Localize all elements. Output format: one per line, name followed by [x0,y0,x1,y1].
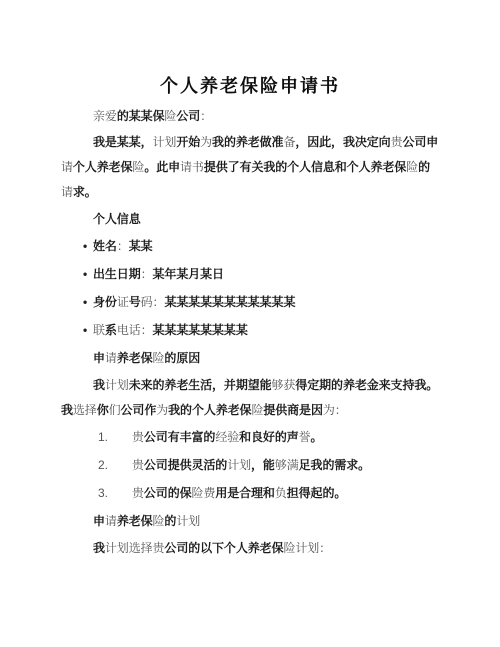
list-item: •联系电话：某某某某某某某某 [61,318,439,343]
list-number: 1. [98,425,132,450]
document-title: 个人养老保险申请书 [61,74,439,98]
reasons-list: 1.贵公司有丰富的经验和良好的声誉。 2.贵公司提供灵活的计划，能够满足我的需求… [61,425,439,506]
list-item: 3.贵公司的保险费用是合理和负担得起的。 [61,481,439,506]
reasons-intro-paragraph: 我计划未来的养老生活，并期望能够获得定期的养老金来支持我。我选择你们公司作为我的… [61,373,439,423]
list-number: 2. [98,453,132,478]
list-item: •身份证号码：某某某某某某某某某某某 [61,290,439,315]
personal-info-list: •姓名：某某 •出生日期：某年某月某日 •身份证号码：某某某某某某某某某某某 •… [61,234,439,343]
item-text: 出生日期：某年某月某日 [93,267,224,281]
list-number: 3. [98,481,132,506]
list-item: 1.贵公司有丰富的经验和良好的声誉。 [61,425,439,450]
item-text: 联系电话：某某某某某某某某 [93,323,248,337]
item-text: 身份证号码：某某某某某某某某某某某 [93,295,295,309]
intro-paragraph: 我是某某，计划开始为我的养老做准备，因此，我决定向贵公司申请个人养老保险。此申请… [61,130,439,205]
bullet-icon: • [83,290,93,315]
section-heading-reasons: 申请养老保险的原因 [61,346,439,371]
section-heading-plan: 申请养老保险的计划 [61,509,439,534]
item-text: 贵公司有丰富的经验和良好的声誉。 [132,430,322,444]
item-text: 姓名：某某 [93,239,153,253]
plan-intro-paragraph: 我计划选择贵公司的以下个人养老保险计划： [61,536,439,561]
greeting-line: 亲爱的某某保险公司： [61,104,439,129]
list-item: •姓名：某某 [61,234,439,259]
bullet-icon: • [83,262,93,287]
bullet-icon: • [83,234,93,259]
document-page: 个人养老保险申请书 亲爱的某某保险公司： 我是某某，计划开始为我的养老做准备，因… [0,0,500,647]
section-heading-personal-info: 个人信息 [61,207,439,232]
item-text: 贵公司提供灵活的计划，能够满足我的需求。 [132,458,370,472]
bullet-icon: • [83,318,93,343]
list-item: •出生日期：某年某月某日 [61,262,439,287]
item-text: 贵公司的保险费用是合理和负担得起的。 [132,486,346,500]
list-item: 2.贵公司提供灵活的计划，能够满足我的需求。 [61,453,439,478]
